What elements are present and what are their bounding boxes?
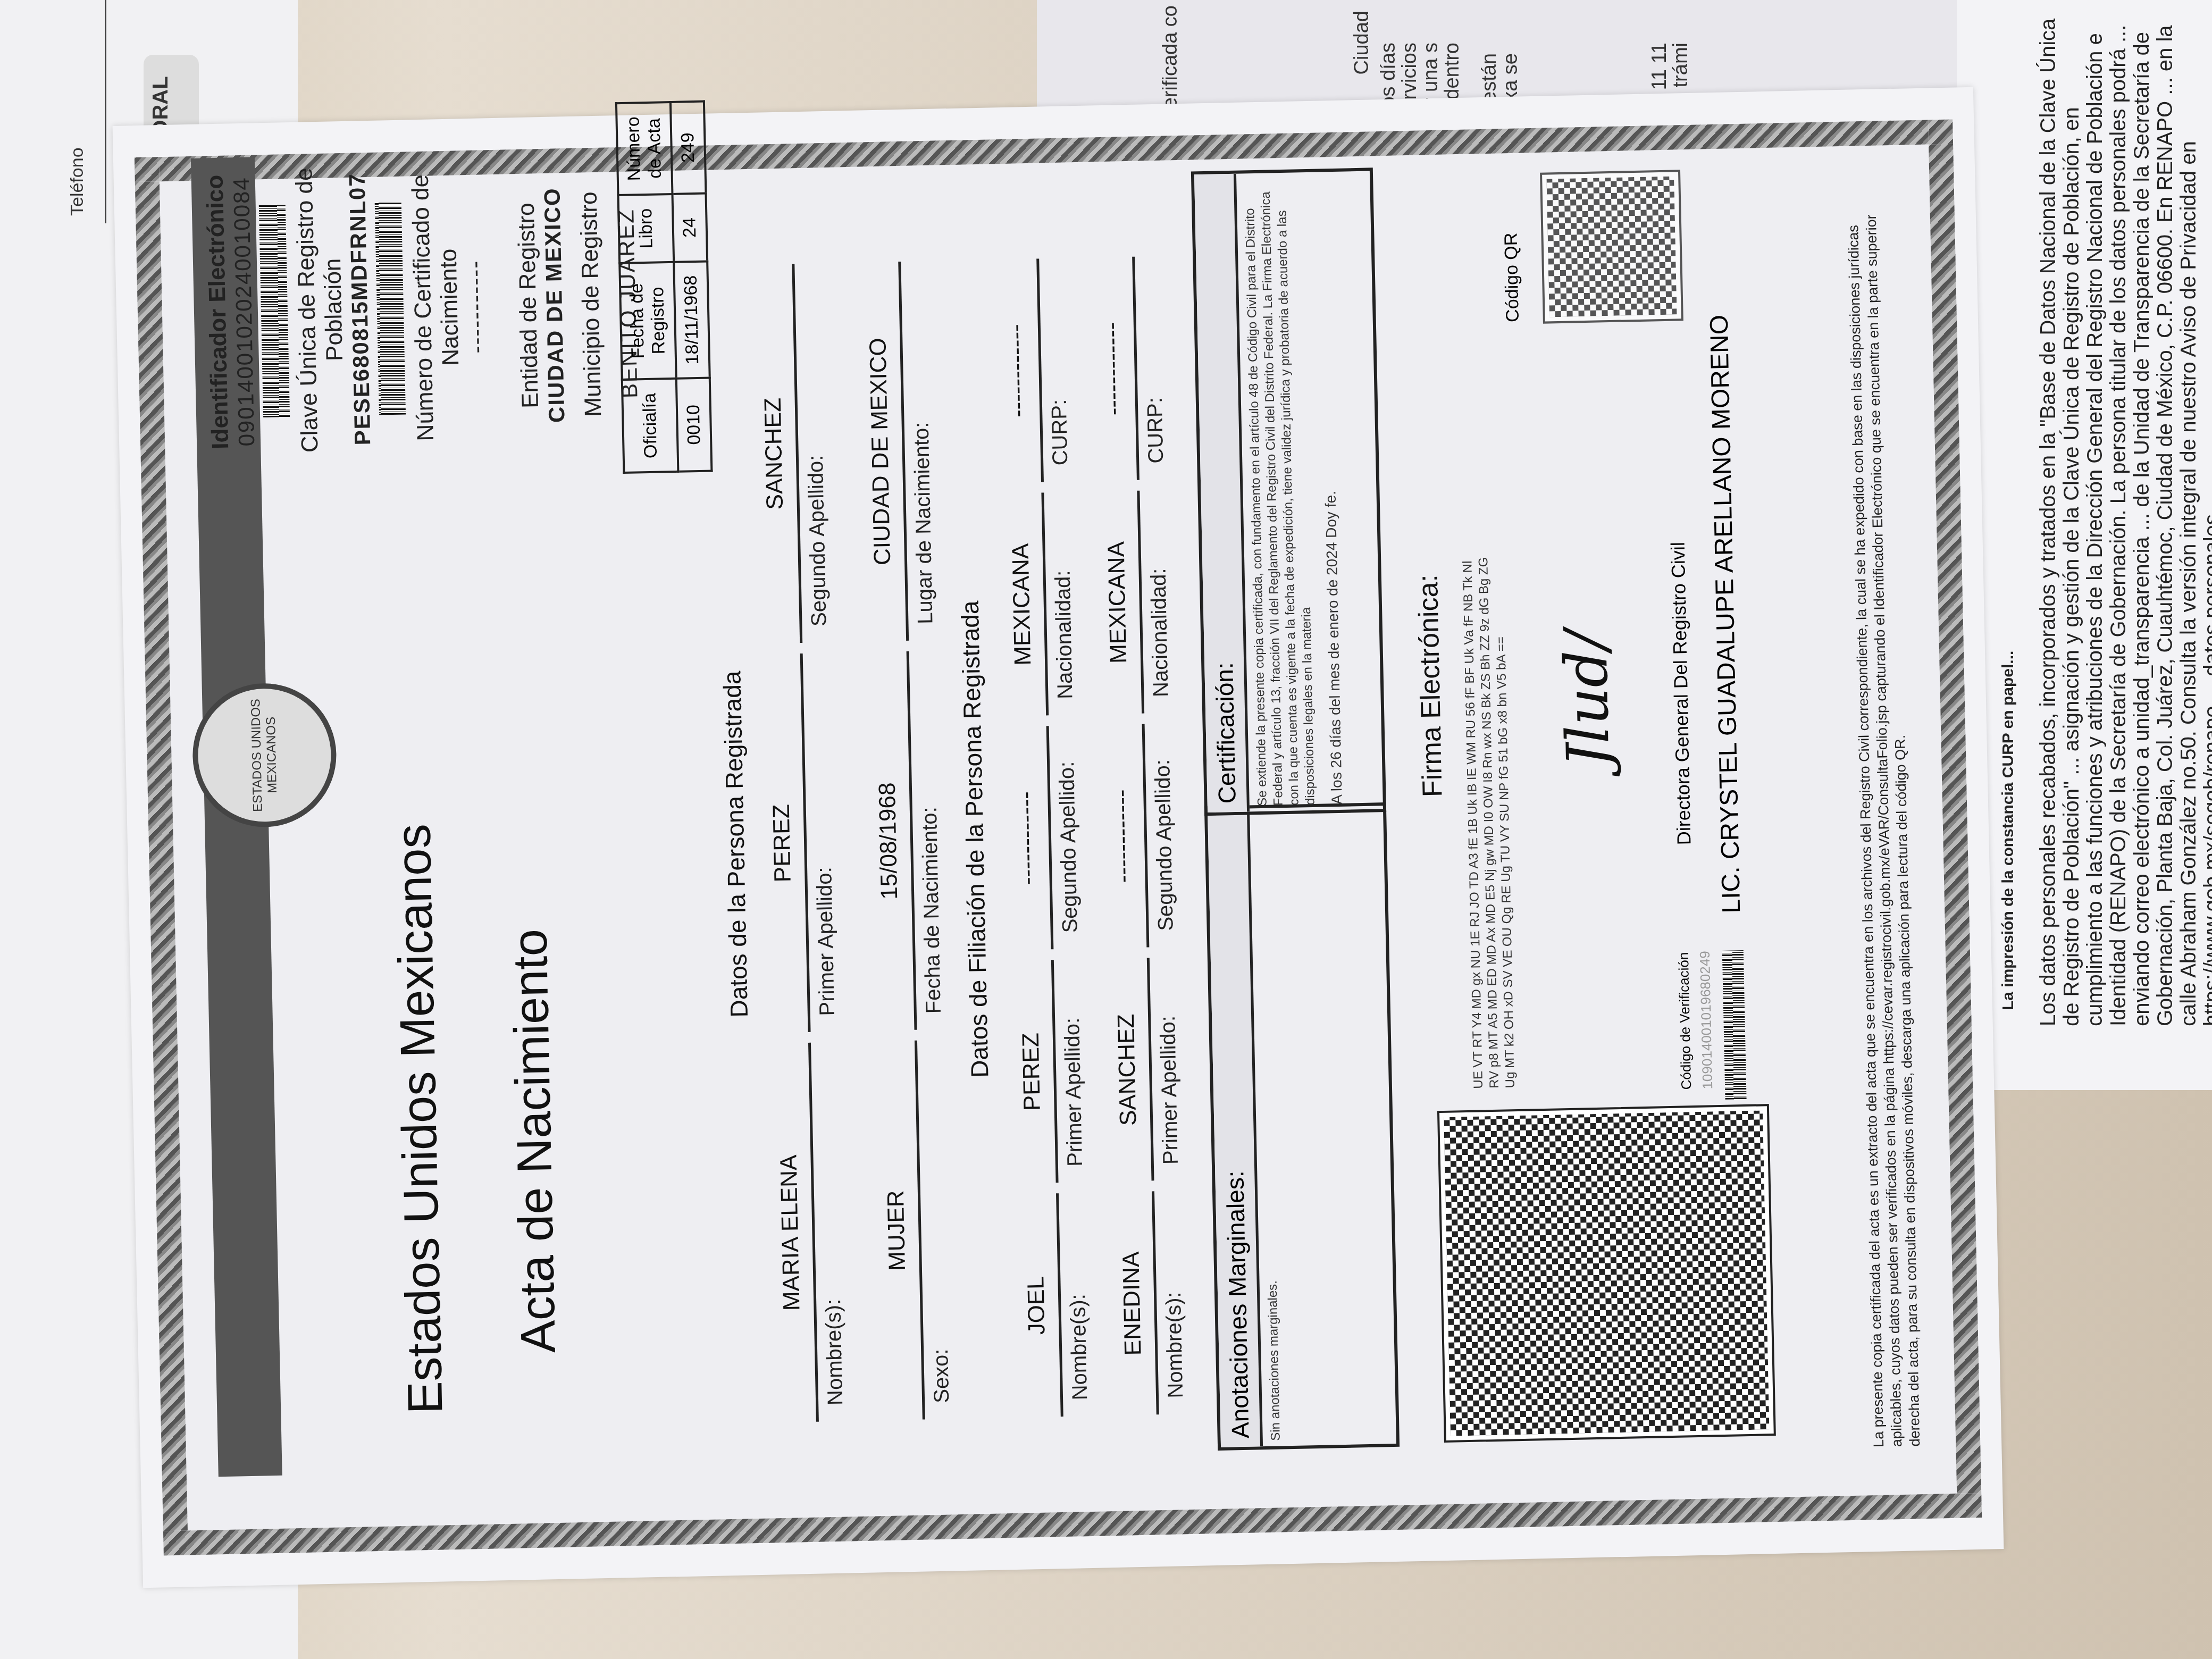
header-numero-acta: Número de Acta [616,102,673,195]
curp-notice-paper: La impresión de la constancia CURP en pa… [1957,0,2212,1090]
firma-title: Firma Electrónica: [1412,574,1449,798]
madre-nacionalidad: MEXICANA [1102,490,1144,714]
curp-barcode [375,202,406,415]
anotaciones-box: Anotaciones Marginales: Sin anotaciones … [1204,802,1400,1451]
persona-primer-apellido: PEREZ [765,653,811,1033]
back-snippet: 11 11 [1648,43,1671,90]
firma-hash: UE VT RT Y4 MD gx NU 1E RJ JO TD A3 fE 1… [1451,391,1524,1094]
padre-nacionalidad: MEXICANA [1006,492,1049,716]
persona-fecha-nacimiento-label: Fecha de Nacimiento: [914,645,946,1035]
persona-nombre: MARIA ELENA [773,1043,819,1422]
cell-oficialia: 0010 [676,378,712,472]
padre-nombre: JOEL [1021,1194,1063,1418]
municipio-label: Municipio de Registro [574,123,608,485]
padre-curp: ------------ [1001,259,1044,483]
madre-primer-apellido-label: Primer Apellido: [1155,952,1184,1186]
padre-primer-apellido: PEREZ [1016,960,1059,1184]
header-oficialia: Oficialía [622,379,678,473]
verificacion-label: Código de Verificación [1675,952,1695,1090]
persona-primer-apellido-label: Primer Apellido: [808,647,840,1037]
persona-lugar-nacimiento: CIUDAD DE MEXICO [863,262,909,641]
curp-notice-text: Los datos personales recabados, incorpor… [2037,16,2212,1026]
madre-segundo-apellido-label: Segundo Apellido: [1150,718,1178,952]
certificado-label: Número de Certificado de Nacimiento [406,126,467,489]
curp-notice-title: La impresión de la constancia CURP en pa… [1999,651,2017,1010]
padre-nacionalidad-label: Nacionalidad: [1049,487,1078,720]
birth-certificate: ESTADOS UNIDOS MEXICANOS Estados Unidos … [113,87,2004,1588]
persona-name-row: MARIA ELENANombre(s): PEREZPrimer Apelli… [757,258,848,1428]
madre-curp-label: CURP: [1140,251,1169,485]
cell-libro: 24 [672,194,707,262]
back-snippet: verificada co [1159,5,1182,119]
persona-segundo-apellido-label: Segundo Apellido: [800,258,832,648]
madre-segundo-apellido: ------------ [1107,724,1150,948]
persona-fecha-nacimiento: 15/08/1968 [872,651,917,1030]
header-libro: Libro [618,194,674,263]
signer-title: Directora General Del Registro Civil [1667,542,1696,845]
padre-curp-label: CURP: [1044,253,1073,487]
persona-section-title: Datos de la Persona Registrada [708,196,764,1493]
filiacion-section-title: Datos de Filiación de la Persona Registr… [947,191,1003,1488]
back-snippet: Ciudad [1351,11,1373,74]
main-qr-code [1439,1106,1774,1440]
registry-table-row: 0010 18/11/1968 24 249 [671,102,712,472]
persona-sexo: MUJER [879,1041,925,1420]
verificacion-value: 109014001019680249 [1697,951,1716,1090]
padre-nombre-label: Nombre(s): [1064,1187,1093,1421]
persona-sexo-label: Sexo: [923,1035,954,1425]
ine-col-telefono: Teléfono [64,0,106,223]
madre-nacionalidad-label: Nacionalidad: [1145,484,1174,718]
cell-fecha-registro: 18/11/1968 [674,261,710,379]
persona-birth-row: MUJERSexo: 15/08/1968Fecha de Nacimiento… [863,256,954,1426]
registry-table-header: Oficialía Fecha de Registro Libro Número… [616,102,678,473]
document-type-title: Acta de Nacimiento [500,821,567,1354]
verificacion-barcode [1722,950,1747,1100]
registry-identifiers: Identificador Electrónico 09014001020240… [201,122,644,493]
persona-nombre-label: Nombre(s): [816,1037,848,1427]
persona-lugar-nacimiento-label: Lugar de Nacimiento: [906,256,938,646]
qr-label: Código QR [1501,232,1523,322]
madre-primer-apellido: SANCHEZ [1112,958,1154,1182]
ornamental-border: ESTADOS UNIDOS MEXICANOS Estados Unidos … [135,119,1982,1555]
national-seal: ESTADOS UNIDOS MEXICANOS [190,634,345,892]
country-title: Estados Unidos Mexicanos [386,824,453,1415]
padre-segundo-apellido-label: Segundo Apellido: [1054,720,1083,954]
certificacion-box: Certificación: Se extiende la presente c… [1191,167,1386,816]
padre-segundo-apellido: ------------ [1011,726,1054,950]
madre-nombre-label: Nombre(s): [1160,1186,1188,1420]
legal-footer: La presente copia certificada del acta e… [1844,193,1924,1448]
header-fecha-registro: Fecha de Registro [619,262,676,380]
registry-table: Oficialía Fecha de Registro Libro Número… [615,100,713,474]
signature-icon: Jlud/ [1552,630,1622,768]
certificacion-text: Se extiende la presente copia certificad… [1236,172,1324,812]
persona-segundo-apellido: SANCHEZ [757,264,802,643]
padre-primer-apellido-label: Primer Apellido: [1059,954,1088,1188]
madre-curp: ------------ [1097,257,1139,481]
cell-numero-acta: 249 [671,102,706,194]
madre-row: ENEDINANombre(s): SANCHEZPrimer Apellido… [1097,251,1188,1421]
padre-row: JOELNombre(s): PEREZPrimer Apellido: ---… [1001,253,1093,1422]
madre-nombre: ENEDINA [1117,1192,1159,1415]
ine-form-header-row: Teléfono Calle Colonia Fecha Petición At… [64,0,106,223]
curp-label: Clave Única de Registro de Población [290,129,351,491]
identificador-barcode [259,204,290,417]
small-qr-code [1542,172,1681,321]
document-heading: Estados Unidos Mexicanos Acta de Nacimie… [386,821,568,1414]
signer-name: LIC. CRYSTEL GUADALUPE ARELLANO MORENO [1705,315,1747,914]
